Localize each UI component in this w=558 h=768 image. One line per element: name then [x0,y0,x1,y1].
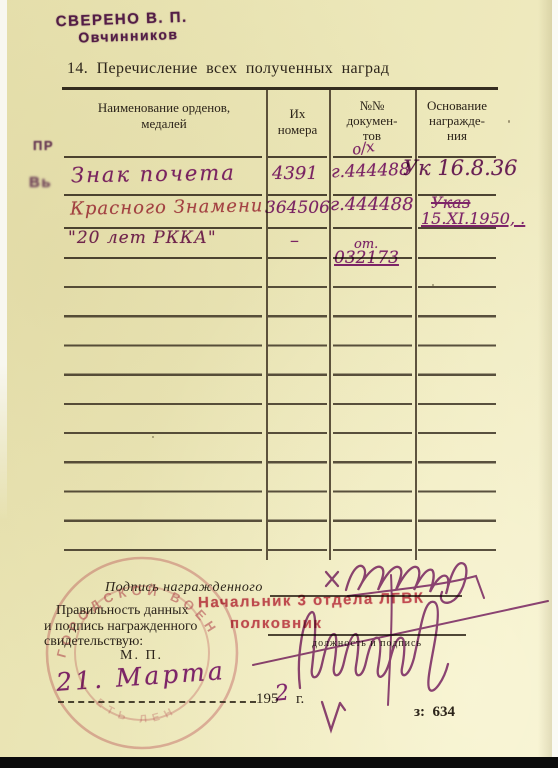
row1-award-name: Знак почета [71,161,236,188]
header-underline-c3 [333,156,412,158]
col-header-name: Наименование орденов, медалей [62,100,266,132]
section-title: 14. Перечисление всех полученных наград [67,60,389,78]
official-signature-diagonal [253,601,548,665]
row2-line-c3 [333,227,412,229]
awardee-signature-check [326,572,338,586]
header-ink-note: о/х [351,137,376,159]
empty-row-lines-c3 [333,259,412,551]
row1-line-c2 [268,194,327,196]
row2-award-name: Красного Знамени [70,195,264,219]
row2-doc-number: г.444488 [330,194,414,215]
row1-doc-number: г.444488 [331,160,411,183]
empty-row-lines-c4 [418,259,496,551]
margin-mark-2: Вь [29,174,52,191]
ink-signatures [0,540,558,768]
table-divider-2 [329,90,331,560]
empty-row-lines-c2 [268,259,327,551]
row1-award-number: 4391 [272,163,318,184]
header-underline-c1 [64,156,262,158]
row3-award-number: – [290,230,299,251]
col-header-number: Их номера [266,106,329,138]
scanned-award-record-card: ГОРОДСКОЙ ВОЕН ЕТЬ ЛЕН СВЕРЕНО В. П. Овч… [0,0,558,768]
ink-check-mark [322,702,345,730]
row2-line-c2 [268,227,327,229]
paper-speck [508,120,510,123]
row2-award-number: 364506 [265,198,330,218]
margin-mark-1: ПР [33,138,54,153]
scan-edge-bottom [0,757,558,768]
verification-stamp: СВЕРЕНО В. П. Овчинников [55,9,188,47]
row1-basis: Ук 16.8.36 [403,156,518,180]
official-signature-tail [388,575,392,705]
scan-edge-left [0,0,7,520]
empty-row-lines-c1 [64,259,262,551]
table-top-rule [62,87,498,90]
row3-doc-number: 032173 [334,248,399,268]
header-underline-c2 [268,156,327,158]
row2-basis-date: 15.XI.1950, . [421,209,525,228]
official-signature [299,602,448,691]
col-header-basis: Основание награжде- ния [415,98,499,143]
row3-award-name: "20 лет РККА" [68,228,217,248]
